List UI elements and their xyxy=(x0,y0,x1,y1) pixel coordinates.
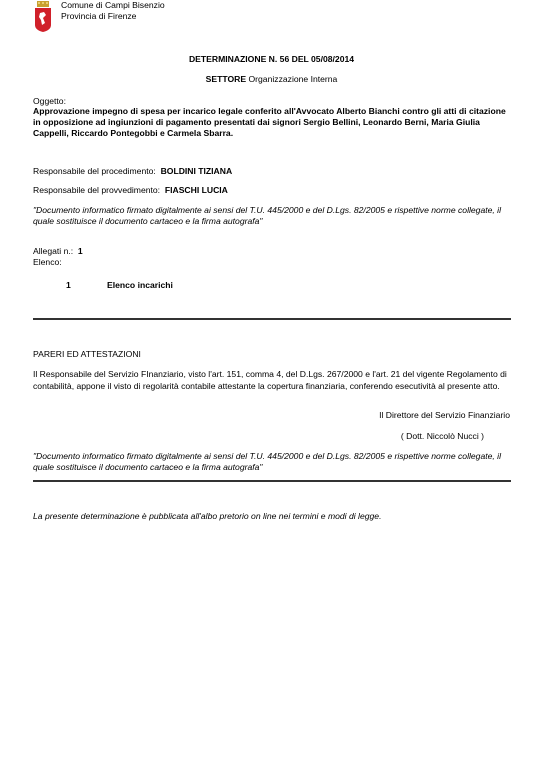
section-divider xyxy=(33,480,511,482)
signer-role: Il Direttore del Servizio Finanziario xyxy=(379,410,510,421)
oggetto-text: Approvazione impegno di spesa per incari… xyxy=(33,106,513,139)
resp-provvedimento-label: Responsabile del provvedimento: xyxy=(33,185,160,195)
responsabile-procedimento: Responsabile del procedimento: BOLDINI T… xyxy=(33,166,232,177)
attachment-name: Elenco incarichi xyxy=(107,280,173,291)
settore-label: SETTORE xyxy=(206,74,246,84)
allegati-label: Allegati n.: xyxy=(33,246,73,256)
publication-note: La presente determinazione è pubblicata … xyxy=(33,511,381,522)
document-title: DETERMINAZIONE N. 56 DEL 05/08/2014 xyxy=(0,54,543,65)
allegati-line: Allegati n.: 1 xyxy=(33,246,83,257)
resp-procedimento-label: Responsabile del procedimento: xyxy=(33,166,156,176)
settore-line: SETTORE Organizzazione Interna xyxy=(0,74,543,85)
attachment-number: 1 xyxy=(66,280,71,291)
section-divider xyxy=(33,318,511,320)
resp-provvedimento-value: FIASCHI LUCIA xyxy=(165,185,228,195)
settore-value: Organizzazione Interna xyxy=(248,74,337,84)
municipality-name: Comune di Campi Bisenzio xyxy=(61,0,165,11)
coat-of-arms-icon xyxy=(33,1,53,32)
pareri-text: Il Responsabile del Servizio FInanziario… xyxy=(33,368,513,392)
elenco-label: Elenco: xyxy=(33,257,62,268)
digital-signature-note: "Documento informatico firmato digitalme… xyxy=(33,205,513,227)
allegati-count: 1 xyxy=(78,246,83,256)
responsabile-provvedimento: Responsabile del provvedimento: FIASCHI … xyxy=(33,185,228,196)
pareri-heading: PARERI ED ATTESTAZIONI xyxy=(33,349,141,360)
signer-name: ( Dott. Niccolò Nucci ) xyxy=(401,431,484,442)
resp-procedimento-value: BOLDINI TIZIANA xyxy=(161,166,233,176)
pareri-signature-note: "Documento informatico firmato digitalme… xyxy=(33,451,513,473)
province-name: Provincia di Firenze xyxy=(61,11,165,22)
issuer-header: Comune di Campi Bisenzio Provincia di Fi… xyxy=(61,0,165,22)
